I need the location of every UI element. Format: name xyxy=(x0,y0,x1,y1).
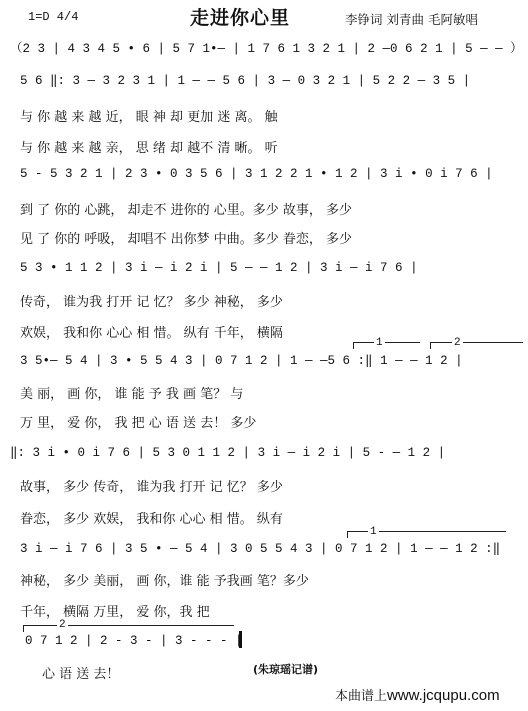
watermark-url: www.jcqupu.com xyxy=(387,687,500,704)
volta-bracket-1 xyxy=(353,342,420,349)
staff-line-2: 5 6 ‖: 3 — 3 2 3 1 | 1 — — 5 6 | 3 — 0 3… xyxy=(20,72,470,88)
notator-credit: (朱琼瑶记谱) xyxy=(253,661,318,677)
lyrics-line-7-verse-2: 千年， 横隔 万里， 爱 你，我 把 xyxy=(20,601,210,620)
lyrics-line-4-verse-1: 传奇， 谁为我 打开 记 忆？ 多少 神秘， 多少 xyxy=(20,291,283,310)
staff-line-1: （2 3 | 4 3 4 5 • 6 | 5 7 1•— | 1 7 6 1 3… xyxy=(10,38,523,56)
lyrics-line-2-verse-2: 与 你 越 来 越 亲， 思 绪 却 越不 清 晰。 听 xyxy=(20,137,278,156)
lyrics-line-2-verse-1: 与 你 越 来 越 近， 眼 神 却 更加 迷 离。 触 xyxy=(20,106,278,125)
lyrics-line-7-verse-1: 神秘， 多少 美丽， 画 你，谁 能 予我画 笔？多少 xyxy=(20,570,309,589)
lyrics-line-8-verse-1: 心 语 送 去！ xyxy=(42,663,119,682)
lyrics-line-6-verse-2: 眷恋， 多少 欢娱， 我和你 心心 相 惜。 纵有 xyxy=(20,508,283,527)
key-signature: 1=D 4/4 xyxy=(28,10,78,24)
volta-number-1b: 1 xyxy=(368,526,379,538)
volta-bracket-2b xyxy=(23,625,234,632)
volta-number-2: 2 xyxy=(452,337,463,349)
staff-line-6: ‖: 3 i • 0 i 7 6 | 5 3 0 1 1 2 | 3 i — i… xyxy=(10,444,445,460)
staff-line-3: 5 - 5 3 2 1 | 2 3 • 0 3 5 6 | 3 1 2 2 1 … xyxy=(20,167,493,181)
staff-line-5: 3 5•— 5 4 | 3 • 5 5 4 3 | 0 7 1 2 | 1 — … xyxy=(20,352,463,368)
watermark-prefix: 本曲谱上 xyxy=(335,689,387,704)
lyrics-line-4-verse-2: 欢娱， 我和你 心心 相 惜。 纵有 千年， 横隔 xyxy=(20,322,283,341)
lyrics-line-5-verse-1: 美 丽， 画 你， 谁 能 予 我 画 笔？ 与 xyxy=(20,383,243,402)
staff-line-7: 3 i — i 7 6 | 3 5 • — 5 4 | 3 0 5 5 4 3 … xyxy=(20,540,500,556)
lyrics-line-6-verse-1: 故事， 多少 传奇， 谁为我 打开 记 忆？ 多少 xyxy=(20,476,283,495)
watermark: 本曲谱上www.jcqupu.com xyxy=(335,685,500,704)
staff-line-8: 0 7 1 2 | 2 - 3 - | 3 - - - | xyxy=(25,634,243,648)
lyrics-line-3-verse-1: 到 了 你的 心跳， 却走不 进你的 心里。多少 故事， 多少 xyxy=(20,199,352,218)
volta-number-2b: 2 xyxy=(57,619,68,631)
credits: 李铮词 刘青曲 毛阿敏唱 xyxy=(345,10,478,28)
final-barline xyxy=(239,631,242,648)
volta-number-1: 1 xyxy=(374,337,385,349)
volta-bracket-2 xyxy=(430,342,523,349)
lyrics-line-3-verse-2: 见 了 你的 呼吸， 却唱不 出你梦 中曲。多少 眷恋， 多少 xyxy=(20,228,352,247)
lyrics-line-5-verse-2: 万 里， 爱 你， 我 把 心 语 送 去！ 多少 xyxy=(20,412,256,431)
staff-line-4: 5 3 • 1 1 2 | 3 i — i 2 i | 5 — — 1 2 | … xyxy=(20,261,418,275)
song-title: 走进你心里 xyxy=(190,3,290,30)
